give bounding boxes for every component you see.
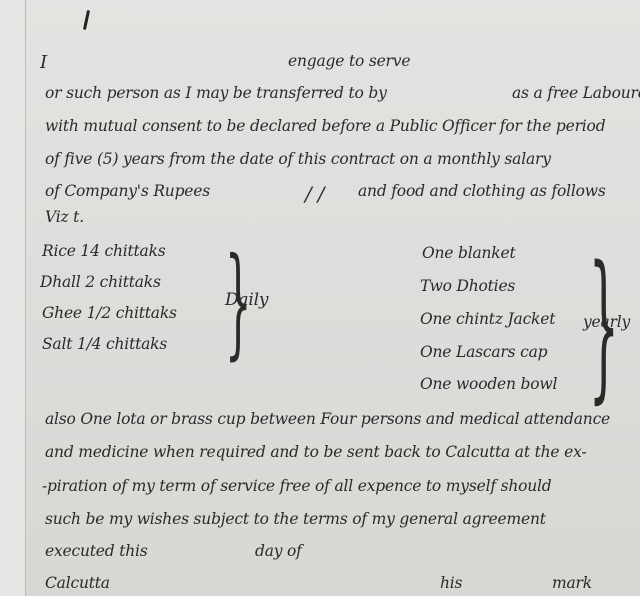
engage-to-serve: engage to serve xyxy=(288,52,410,70)
clothing-cap: One Lascars cap xyxy=(420,343,547,361)
page-left-margin xyxy=(0,0,25,596)
line-lota: also One lota or brass cup between Four … xyxy=(45,410,610,428)
mark-label: mark xyxy=(552,574,592,592)
clothing-dhoties: Two Dhoties xyxy=(420,277,515,295)
clothing-blanket: One blanket xyxy=(422,244,516,262)
page-fold-line xyxy=(25,0,26,596)
yearly-label: yearly xyxy=(583,313,630,331)
executed-this: executed this xyxy=(45,542,148,560)
line-mutual-consent: with mutual consent to be declared befor… xyxy=(45,117,605,135)
pronoun-i: I xyxy=(40,52,47,73)
daily-label: Daily xyxy=(225,290,268,310)
clothing-jacket: One chintz Jacket xyxy=(420,310,555,328)
ration-ghee: Ghee 1/2 chittaks xyxy=(42,304,177,322)
document-page: I engage to serve or such person as I ma… xyxy=(0,0,640,596)
free-labourer: as a free Labourer xyxy=(512,84,640,102)
place-calcutta: Calcutta xyxy=(45,574,110,592)
line-five-years: of five (5) years from the date of this … xyxy=(45,150,551,168)
clothing-bowl: One wooden bowl xyxy=(420,375,557,393)
salary-blank: / / xyxy=(305,182,324,206)
ration-rice: Rice 14 chittaks xyxy=(42,242,166,260)
line-transferred: or such person as I may be transferred t… xyxy=(45,84,387,102)
ration-salt: Salt 1/4 chittaks xyxy=(42,335,167,353)
line-medicine: and medicine when required and to be sen… xyxy=(45,443,586,461)
his-label: his xyxy=(440,574,462,592)
line-expiration: -piration of my term of service free of … xyxy=(42,477,552,495)
company-rupees: of Company's Rupees xyxy=(45,182,210,200)
day-of: day of xyxy=(255,542,302,560)
viz-label: Viz t. xyxy=(45,208,84,226)
line-general-agreement: such be my wishes subject to the terms o… xyxy=(45,510,546,528)
ration-dhall: Dhall 2 chittaks xyxy=(40,273,161,291)
ink-mark xyxy=(83,10,90,30)
food-and-clothing: and food and clothing as follows xyxy=(358,182,606,200)
